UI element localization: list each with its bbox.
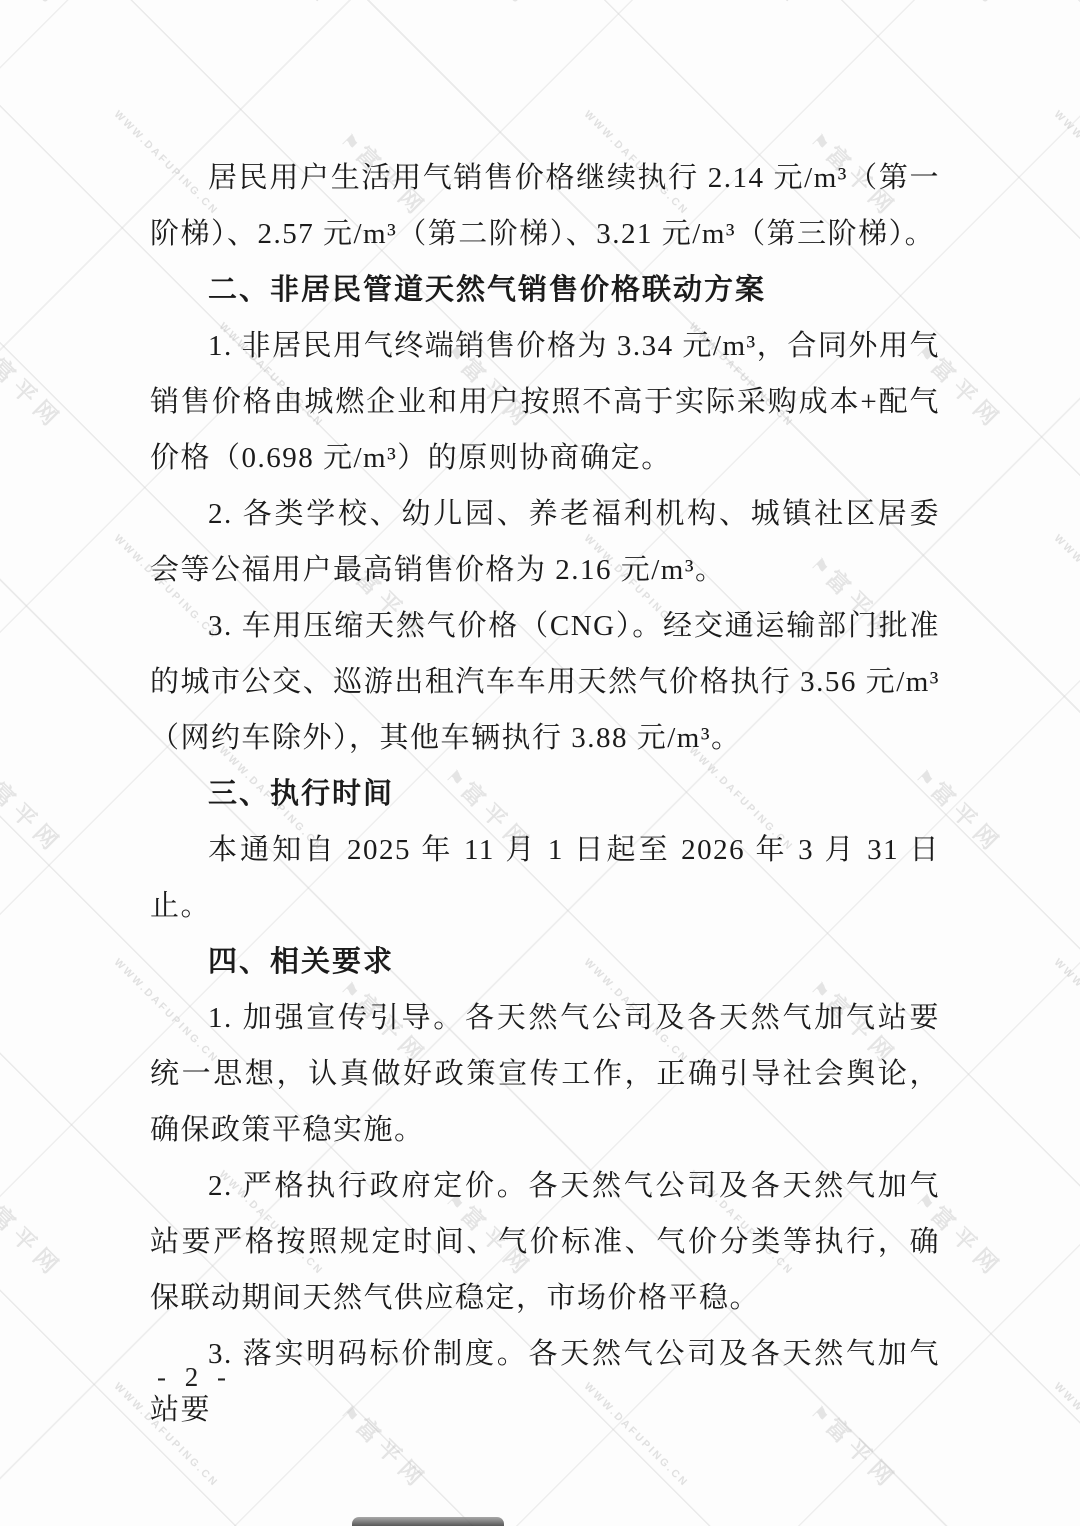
watermark-url: WWW.DAFUPING.CN (217, 0, 326, 6)
watermark-brand-text: 富平网 (456, 0, 538, 11)
paragraph: 2. 各类学校、幼儿园、养老福利机构、城镇社区居委会等公福用户最高销售价格为 2… (150, 486, 940, 598)
paragraph: 3. 车用压缩天然气价格（CNG）。经交通运输部门批准的城市公交、巡游出租汽车车… (150, 598, 940, 766)
watermark-brand-text: 富平网 (0, 353, 68, 435)
document-body: 居民用户生活用气销售价格继续执行 2.14 元/m³（第一阶梯）、2.57 元/… (150, 150, 940, 1438)
section-heading: 二、非居民管道天然气销售价格联动方案 (150, 262, 940, 318)
watermark-brand: ⚑富平网 (0, 759, 71, 861)
section-heading: 三、执行时间 (150, 766, 940, 822)
paragraph: 3. 落实明码标价制度。各天然气公司及各天然气加气站要 (150, 1326, 940, 1438)
watermark-brand-text: 富平网 (0, 1201, 68, 1283)
watermark-brand: ⚑富平网 (440, 0, 542, 12)
watermark-brand-text: 富平网 (926, 0, 1008, 11)
watermark-brand: ⚑富平网 (0, 1183, 71, 1285)
paragraph: 居民用户生活用气销售价格继续执行 2.14 元/m³（第一阶梯）、2.57 元/… (150, 150, 940, 262)
paragraph: 1. 加强宣传引导。各天然气公司及各天然气加气站要统一思想，认真做好政策宣传工作… (150, 990, 940, 1158)
paragraph: 本通知自 2025 年 11 月 1 日起至 2026 年 3 月 31 日止。 (150, 822, 940, 934)
watermark-brand-text: 富平网 (0, 0, 68, 11)
section-heading: 四、相关要求 (150, 934, 940, 990)
watermark-url: WWW.DAFUPING.CN (687, 0, 796, 6)
document-page: ⚑富平网WWW.DAFUPING.CN⚑富平网WWW.DAFUPING.CN⚑富… (0, 0, 1080, 1526)
paragraph: 1. 非居民用气终端销售价格为 3.34 元/m³，合同外用气销售价格由城燃企业… (150, 318, 940, 486)
paragraph: 2. 严格执行政府定价。各天然气公司及各天然气加气站要严格按照规定时间、气价标准… (150, 1158, 940, 1326)
watermark-brand-text: 富平网 (0, 777, 68, 859)
watermark-brand: ⚑富平网 (910, 0, 1012, 12)
next-page-edge (352, 1517, 504, 1526)
watermark-brand: ⚑富平网 (0, 335, 71, 437)
watermark-url: WWW.DAFUPING.CN (1052, 1380, 1080, 1489)
watermark-brand: ⚑富平网 (0, 0, 71, 12)
watermark-url: WWW.DAFUPING.CN (1052, 532, 1080, 641)
page-number: - 2 - (157, 1362, 232, 1393)
watermark-url: WWW.DAFUPING.CN (1052, 956, 1080, 1065)
watermark-url: WWW.DAFUPING.CN (1052, 108, 1080, 217)
